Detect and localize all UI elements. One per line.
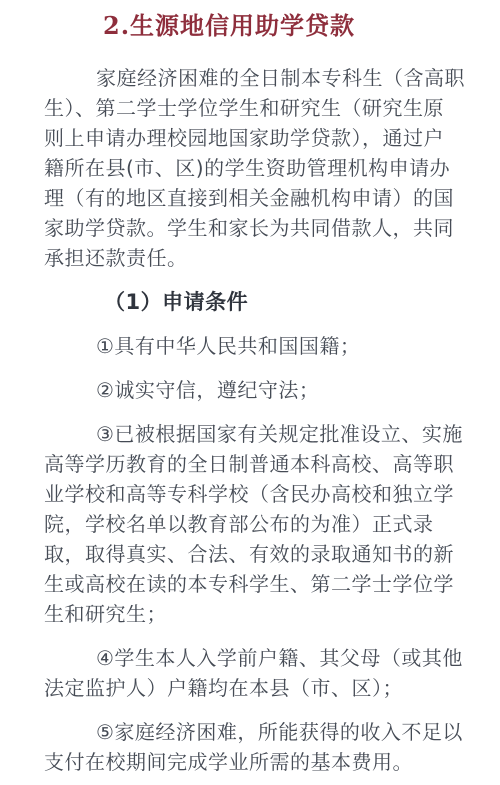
condition-item-1: ①具有中华人民共和国国籍； <box>44 331 456 361</box>
condition-item-5: ⑤家庭经济困难，所能获得的收入不足以支付在校期间完成学业所需的基本费用。 <box>44 717 456 777</box>
condition-item-2: ②诚实守信，遵纪守法； <box>44 375 456 405</box>
text-line: 支付在校期间完成学业所需的基本费用。 <box>44 747 456 777</box>
condition-item-3: ③已被根据国家有关规定批准设立、实施高等学历教育的全日制普通本科高校、高等职业学… <box>44 419 456 629</box>
intro-paragraph: 家庭经济困难的全日制本专科生（含高职生）、第二学士学位学生和研究生（研究生原则上… <box>44 63 456 273</box>
text-line: 承担还款责任。 <box>44 243 456 273</box>
text-line: ⑤家庭经济困难，所能获得的收入不足以 <box>44 717 456 747</box>
text-line: ①具有中华人民共和国国籍； <box>44 331 456 361</box>
text-line: ④学生本人入学前户籍、其父母（或其他 <box>44 643 456 673</box>
article-body: 家庭经济困难的全日制本专科生（含高职生）、第二学士学位学生和研究生（研究生原则上… <box>44 63 456 777</box>
text-line: ③已被根据国家有关规定批准设立、实施 <box>44 419 456 449</box>
text-line: 法定监护人）户籍均在本县（市、区）； <box>44 673 456 703</box>
text-line: （1）申请条件 <box>44 287 456 317</box>
text-line: 则上申请办理校园地国家助学贷款），通过户 <box>44 123 456 153</box>
text-line: 生）、第二学士学位学生和研究生（研究生原 <box>44 93 456 123</box>
condition-item-4: ④学生本人入学前户籍、其父母（或其他法定监护人）户籍均在本县（市、区）； <box>44 643 456 703</box>
text-line: 院，学校名单以教育部公布的为准）正式录 <box>44 509 456 539</box>
text-line: ②诚实守信，遵纪守法； <box>44 375 456 405</box>
text-line: 业学校和高等专科学校（含民办高校和独立学 <box>44 479 456 509</box>
article-title: 2.生源地信用助学贷款 <box>103 10 456 41</box>
text-line: 取，取得真实、合法、有效的录取通知书的新 <box>44 539 456 569</box>
section-heading-application-conditions: （1）申请条件 <box>44 287 456 317</box>
text-line: 高等学历教育的全日制普通本科高校、高等职 <box>44 449 456 479</box>
text-line: 生和研究生； <box>44 599 456 629</box>
text-line: 生或高校在读的本专科学生、第二学士学位学 <box>44 569 456 599</box>
text-line: 家助学贷款。学生和家长为共同借款人，共同 <box>44 213 456 243</box>
article-page: 2.生源地信用助学贷款 家庭经济困难的全日制本专科生（含高职生）、第二学士学位学… <box>0 0 500 785</box>
text-line: 理（有的地区直接到相关金融机构申请）的国 <box>44 183 456 213</box>
text-line: 籍所在县(市、区)的学生资助管理机构申请办 <box>44 153 456 183</box>
text-line: 家庭经济困难的全日制本专科生（含高职 <box>44 63 456 93</box>
